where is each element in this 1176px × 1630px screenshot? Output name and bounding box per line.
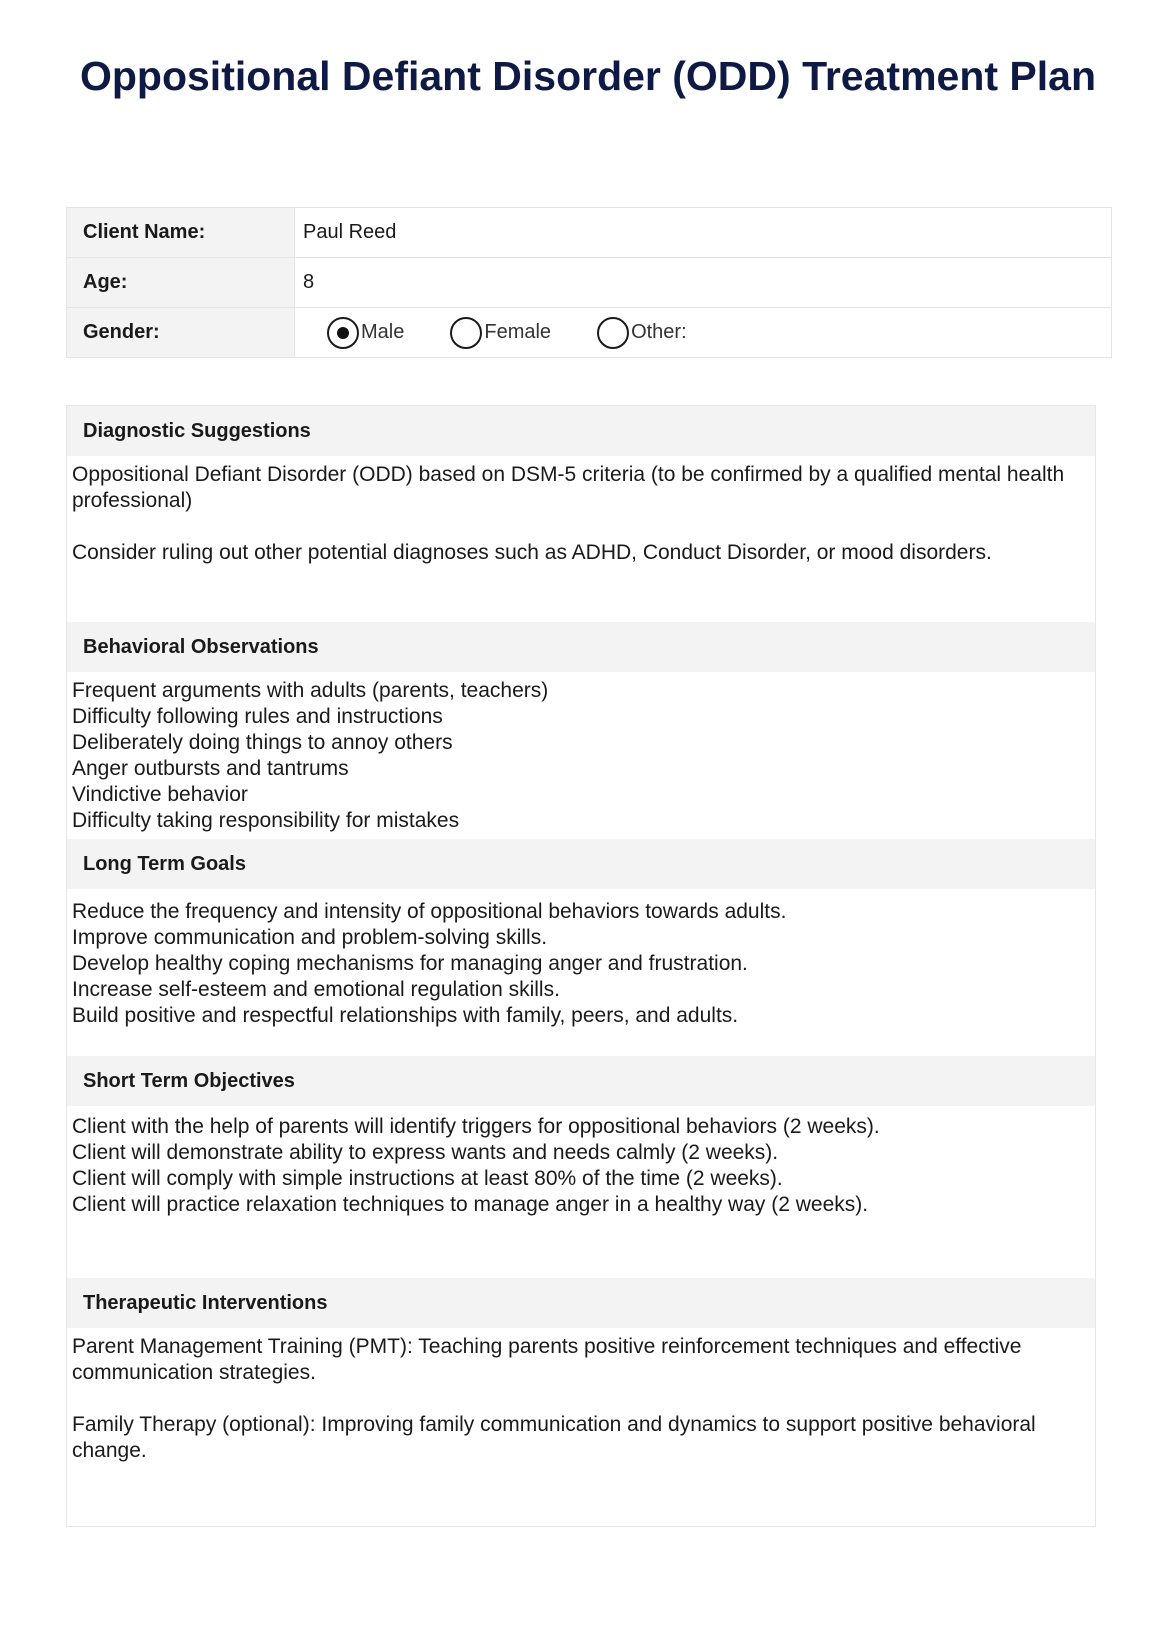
list-line: Difficulty taking responsibility for mis… <box>72 808 1091 834</box>
gender-radio-group: Male Female Other: <box>295 308 1111 357</box>
section-body[interactable]: Client with the help of parents will ide… <box>67 1106 1095 1278</box>
paragraph: Parent Management Training (PMT): Teachi… <box>72 1334 1091 1386</box>
section-body[interactable]: Reduce the frequency and intensity of op… <box>67 889 1095 1056</box>
treatment-sections: Diagnostic Suggestions Oppositional Defi… <box>66 405 1096 1527</box>
client-name-field[interactable]: Paul Reed <box>295 208 1111 257</box>
section-heading: Behavioral Observations <box>67 622 1095 672</box>
gender-option-other[interactable]: Other: <box>597 317 687 349</box>
radio-selected-icon[interactable] <box>327 317 359 349</box>
section-heading: Short Term Objectives <box>67 1056 1095 1106</box>
gender-option-label: Male <box>361 321 404 344</box>
list-line: Reduce the frequency and intensity of op… <box>72 899 1091 925</box>
section-therapeutic-interventions: Therapeutic Interventions Parent Managem… <box>67 1278 1095 1526</box>
age-label: Age: <box>67 258 295 307</box>
list-line: Improve communication and problem-solvin… <box>72 925 1091 951</box>
gender-option-label: Female <box>484 321 551 344</box>
radio-unselected-icon[interactable] <box>450 317 482 349</box>
section-heading: Diagnostic Suggestions <box>67 406 1095 456</box>
radio-unselected-icon[interactable] <box>597 317 629 349</box>
age-field[interactable]: 8 <box>295 258 1111 307</box>
paragraph: Family Therapy (optional): Improving fam… <box>72 1412 1091 1464</box>
list-line: Develop healthy coping mechanisms for ma… <box>72 951 1091 977</box>
list-line: Frequent arguments with adults (parents,… <box>72 678 1091 704</box>
list-line: Increase self-esteem and emotional regul… <box>72 977 1091 1003</box>
list-line: Client with the help of parents will ide… <box>72 1114 1091 1140</box>
client-name-label: Client Name: <box>67 208 295 257</box>
list-line: Client will demonstrate ability to expre… <box>72 1140 1091 1166</box>
list-line: Difficulty following rules and instructi… <box>72 704 1091 730</box>
gender-label: Gender: <box>67 308 295 357</box>
list-line: Client will practice relaxation techniqu… <box>72 1192 1091 1218</box>
section-diagnostic-suggestions: Diagnostic Suggestions Oppositional Defi… <box>67 406 1095 622</box>
section-long-term-goals: Long Term Goals Reduce the frequency and… <box>67 839 1095 1056</box>
gender-row: Gender: Male Female Other: <box>67 308 1111 357</box>
page-title: Oppositional Defiant Disorder (ODD) Trea… <box>60 50 1116 102</box>
section-heading: Long Term Goals <box>67 839 1095 889</box>
radio-dot-icon <box>337 327 349 339</box>
list-line: Anger outbursts and tantrums <box>72 756 1091 782</box>
list-line: Vindictive behavior <box>72 782 1091 808</box>
gender-option-male[interactable]: Male <box>327 317 404 349</box>
client-info-table: Client Name: Paul Reed Age: 8 Gender: Ma… <box>66 207 1112 358</box>
gender-option-female[interactable]: Female <box>450 317 551 349</box>
paragraph: Oppositional Defiant Disorder (ODD) base… <box>72 462 1091 514</box>
paragraph: Consider ruling out other potential diag… <box>72 540 1091 566</box>
client-name-row: Client Name: Paul Reed <box>67 208 1111 258</box>
section-short-term-objectives: Short Term Objectives Client with the he… <box>67 1056 1095 1278</box>
gender-option-label: Other: <box>631 321 687 344</box>
list-line: Client will comply with simple instructi… <box>72 1166 1091 1192</box>
list-line: Deliberately doing things to annoy other… <box>72 730 1091 756</box>
section-body[interactable]: Oppositional Defiant Disorder (ODD) base… <box>67 456 1095 622</box>
list-line: Build positive and respectful relationsh… <box>72 1003 1091 1029</box>
section-heading: Therapeutic Interventions <box>67 1278 1095 1328</box>
age-row: Age: 8 <box>67 258 1111 308</box>
section-body[interactable]: Frequent arguments with adults (parents,… <box>67 672 1095 839</box>
section-behavioral-observations: Behavioral Observations Frequent argumen… <box>67 622 1095 839</box>
section-body[interactable]: Parent Management Training (PMT): Teachi… <box>67 1328 1095 1526</box>
